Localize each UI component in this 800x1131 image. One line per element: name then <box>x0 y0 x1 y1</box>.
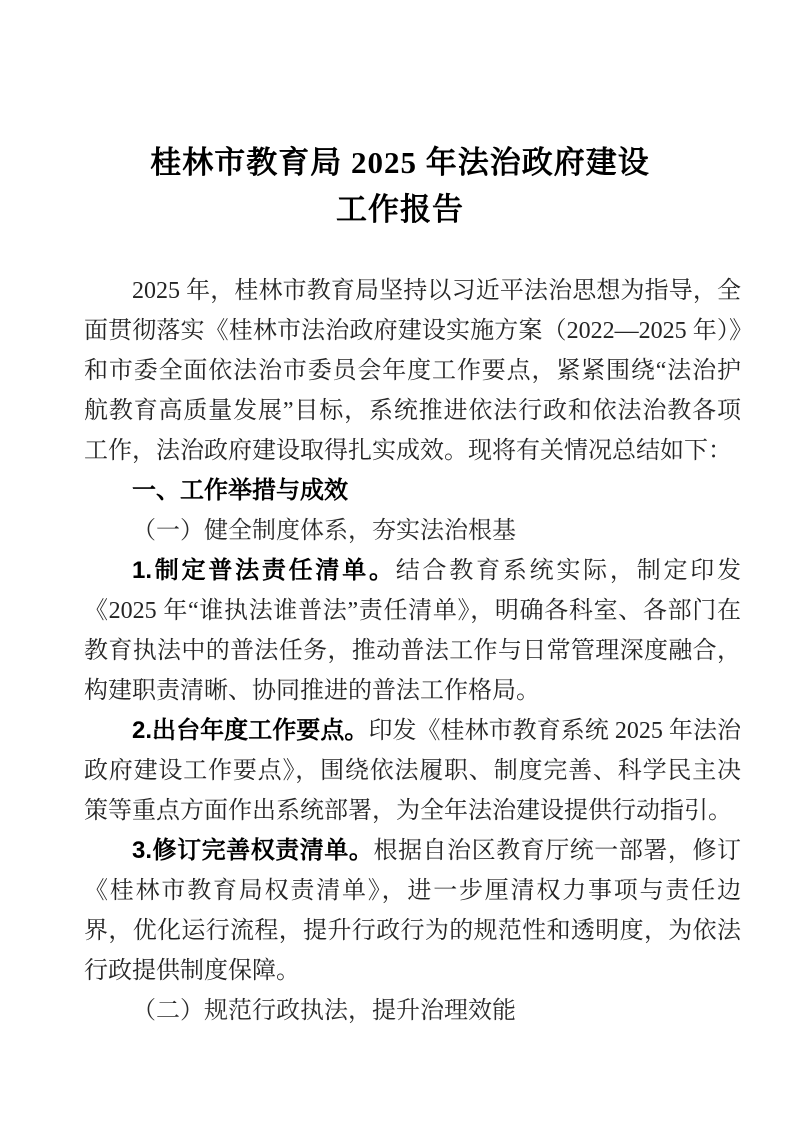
paragraph-item-3: 3.修订完善权责清单。根据自治区教育厅统一部署，修订《桂林市教育局权责清单》，进… <box>84 831 741 991</box>
document-page: 桂林市教育局 2025 年法治政府建设 工作报告 2025 年，桂林市教育局坚持… <box>0 0 800 1131</box>
paragraph-item-1: 1.制定普法责任清单。结合教育系统实际，制定印发《2025 年“谁执法谁普法”责… <box>84 551 741 711</box>
doc-title: 桂林市教育局 2025 年法治政府建设 工作报告 <box>0 0 800 233</box>
paragraph-intro: 2025 年，桂林市教育局坚持以习近平法治思想为指导，全面贯彻落实《桂林市法治政… <box>84 271 741 471</box>
paragraph-item-2: 2.出台年度工作要点。印发《桂林市教育系统 2025 年法治政府建设工作要点》，… <box>84 711 741 831</box>
item-3-lead: 3.修订完善权责清单。 <box>132 837 373 864</box>
item-2-lead: 2.出台年度工作要点。 <box>132 717 368 744</box>
subheading-1-2: （二）规范行政执法，提升治理效能 <box>84 991 741 1031</box>
doc-body: 2025 年，桂林市教育局坚持以习近平法治思想为指导，全面贯彻落实《桂林市法治政… <box>84 271 741 1031</box>
heading-section-1: 一、工作举措与成效 <box>84 471 741 511</box>
doc-title-line2: 工作报告 <box>0 186 800 233</box>
subheading-1-1: （一）健全制度体系，夯实法治根基 <box>84 511 741 551</box>
item-1-lead: 1.制定普法责任清单。 <box>132 557 396 584</box>
doc-title-line1: 桂林市教育局 2025 年法治政府建设 <box>0 139 800 186</box>
